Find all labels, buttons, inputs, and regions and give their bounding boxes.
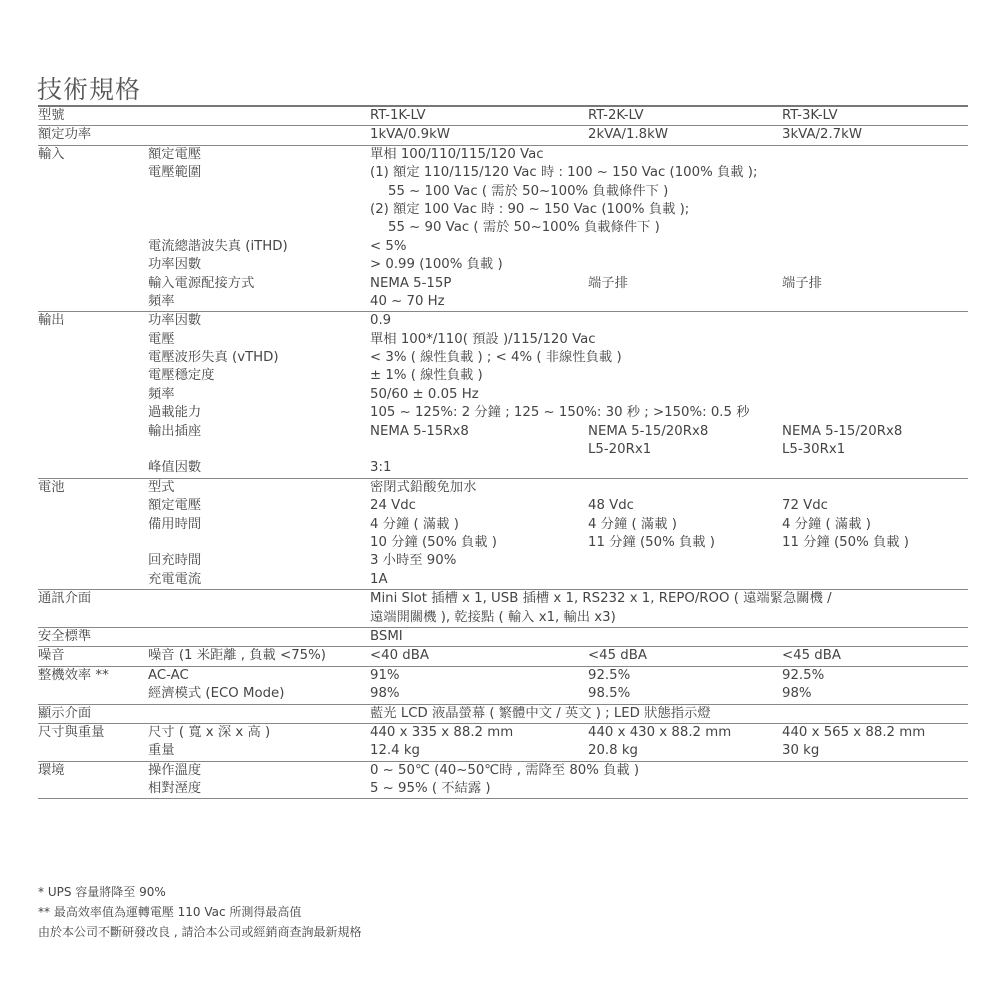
label-overload: 過載能力 (148, 404, 201, 422)
model-2: RT-2K-LV (588, 107, 644, 125)
label-battery-type: 型式 (148, 479, 175, 497)
label-input-rated-voltage: 額定電壓 (148, 146, 201, 164)
label-input-connection: 輸入電源配接方式 (148, 275, 254, 293)
voltage-range-line: (2) 額定 100 Vac 時 : 90 ~ 150 Vac (100% 負載… (370, 201, 689, 219)
label-regulation: 電壓穩定度 (148, 367, 214, 385)
label-battery: 電池 (38, 479, 65, 497)
label-recharge-time: 回充時間 (148, 552, 201, 570)
eco-2: 98.5% (588, 685, 630, 703)
label-environment: 環境 (38, 762, 65, 780)
humidity-value: 5 ~ 95% ( 不結露 ) (370, 780, 491, 798)
temperature-value: 0 ~ 50℃ (40~50℃時 , 需降至 80% 負載 ) (370, 762, 639, 780)
recharge-time-value: 3 小時至 90% (370, 552, 456, 570)
label-vthd: 電壓波形失真 (vTHD) (148, 349, 279, 367)
label-output-voltage: 電壓 (148, 331, 175, 349)
weight-1: 12.4 kg (370, 742, 420, 760)
section-communication: 通訊介面 Mini Slot 插槽 x 1, USB 插槽 x 1, RS232… (38, 589, 968, 627)
noise-2: <45 dBA (588, 647, 647, 665)
section-rated-power: 額定功率 1kVA/0.9kW 2kVA/1.8kW 3kVA/2.7kW (38, 125, 968, 144)
receptacle-3: NEMA 5-15/20Rx8 (782, 423, 902, 441)
label-output-frequency: 頻率 (148, 386, 175, 404)
input-connection-3: 端子排 (782, 275, 822, 293)
rated-power-2: 2kVA/1.8kW (588, 126, 668, 144)
communication-line: Mini Slot 插槽 x 1, USB 插槽 x 1, RS232 x 1,… (370, 590, 832, 608)
label-humidity: 相對溼度 (148, 780, 201, 798)
input-rated-voltage: 單相 100/110/115/120 Vac (370, 146, 544, 164)
section-noise: 噪音 噪音 (1 米距離 , 負載 <75%) <40 dBA <45 dBA … (38, 646, 968, 665)
table-bottom-rule (38, 798, 968, 799)
label-noise-condition: 噪音 (1 米距離 , 負載 <75%) (148, 647, 326, 665)
section-environment: 環境 操作溫度 0 ~ 50℃ (40~50℃時 , 需降至 80% 負載 ) … (38, 761, 968, 799)
receptacle-2-extra: L5-20Rx1 (588, 441, 651, 459)
ithd-value: < 5% (370, 238, 406, 256)
label-weight: 重量 (148, 742, 175, 760)
rated-power-1: 1kVA/0.9kW (370, 126, 450, 144)
receptacle-2: NEMA 5-15/20Rx8 (588, 423, 708, 441)
section-model: 型號 RT-1K-LV RT-2K-LV RT-3K-LV (38, 105, 968, 125)
label-input-frequency: 頻率 (148, 293, 175, 311)
battery-voltage-2: 48 Vdc (588, 497, 634, 515)
footnotes: * UPS 容量將降至 90% ** 最高效率值為運轉電壓 110 Vac 所測… (38, 882, 361, 942)
crest-factor-value: 3:1 (370, 459, 391, 477)
label-noise: 噪音 (38, 647, 65, 665)
footnote: 由於本公司不斷研發改良 , 請洽本公司或經銷商查詢最新規格 (38, 922, 361, 942)
ac-ac-3: 92.5% (782, 667, 824, 685)
label-ithd: 電流總諧波失真 (iTHD) (148, 238, 288, 256)
vthd-value: < 3% ( 線性負載 ) ; < 4% ( 非線性負載 ) (370, 349, 622, 367)
label-communication: 通訊介面 (38, 590, 91, 608)
receptacle-3-extra: L5-30Rx1 (782, 441, 845, 459)
battery-voltage-1: 24 Vdc (370, 497, 416, 515)
backup-half-1: 10 分鐘 (50% 負載 ) (370, 534, 497, 552)
output-frequency-value: 50/60 ± 0.05 Hz (370, 386, 479, 404)
footnote: * UPS 容量將降至 90% (38, 882, 361, 902)
backup-half-3: 11 分鐘 (50% 負載 ) (782, 534, 909, 552)
size-2: 440 x 430 x 88.2 mm (588, 724, 731, 742)
overload-value: 105 ~ 125%: 2 分鐘 ; 125 ~ 150%: 30 秒 ; >1… (370, 404, 750, 422)
label-display: 顯示介面 (38, 705, 91, 723)
eco-1: 98% (370, 685, 400, 703)
noise-1: <40 dBA (370, 647, 429, 665)
charge-current-value: 1A (370, 571, 388, 589)
label-ac-ac: AC-AC (148, 667, 189, 685)
model-3: RT-3K-LV (782, 107, 838, 125)
voltage-range-line: 55 ~ 90 Vac ( 需於 50~100% 負載條件下 ) (388, 219, 660, 237)
label-model: 型號 (38, 107, 65, 125)
label-safety: 安全標準 (38, 628, 91, 646)
page-title: 技術規格 (37, 70, 141, 106)
backup-half-2: 11 分鐘 (50% 負載 ) (588, 534, 715, 552)
section-output: 輸出 功率因數 0.9 電壓 單相 100*/110( 預設 )/115/120… (38, 311, 968, 478)
weight-3: 30 kg (782, 742, 819, 760)
size-1: 440 x 335 x 88.2 mm (370, 724, 513, 742)
label-battery-voltage: 額定電壓 (148, 497, 201, 515)
label-input: 輸入 (38, 146, 65, 164)
section-safety: 安全標準 BSMI (38, 627, 968, 646)
label-rated-power: 額定功率 (38, 126, 91, 144)
size-3: 440 x 565 x 88.2 mm (782, 724, 925, 742)
input-pf-value: > 0.99 (100% 負載 ) (370, 256, 503, 274)
label-output: 輸出 (38, 312, 65, 330)
input-connection-2: 端子排 (588, 275, 628, 293)
rated-power-3: 3kVA/2.7kW (782, 126, 862, 144)
label-size: 尺寸 ( 寬 x 深 x 高 ) (148, 724, 270, 742)
label-efficiency: 整機效率 ** (38, 667, 109, 685)
section-display: 顯示介面 藍光 LCD 液晶螢幕 ( 繁體中文 / 英文 ) ; LED 狀態指… (38, 704, 968, 723)
ac-ac-2: 92.5% (588, 667, 630, 685)
battery-type-value: 密閉式鉛酸免加水 (370, 479, 476, 497)
label-crest-factor: 峰值因數 (148, 459, 201, 477)
noise-3: <45 dBA (782, 647, 841, 665)
section-dimensions: 尺寸與重量 尺寸 ( 寬 x 深 x 高 ) 440 x 335 x 88.2 … (38, 723, 968, 761)
backup-full-3: 4 分鐘 ( 滿載 ) (782, 516, 871, 534)
label-dimensions: 尺寸與重量 (38, 724, 104, 742)
label-charge-current: 充電電流 (148, 571, 201, 589)
label-input-pf: 功率因數 (148, 256, 201, 274)
output-voltage-value: 單相 100*/110( 預設 )/115/120 Vac (370, 331, 596, 349)
voltage-range-line: (1) 額定 110/115/120 Vac 時 : 100 ~ 150 Vac… (370, 164, 757, 182)
output-pf-value: 0.9 (370, 312, 391, 330)
label-receptacles: 輸出插座 (148, 423, 201, 441)
eco-3: 98% (782, 685, 812, 703)
label-voltage-range: 電壓範圍 (148, 164, 201, 182)
backup-full-1: 4 分鐘 ( 滿載 ) (370, 516, 459, 534)
voltage-range-line: 55 ~ 100 Vac ( 需於 50~100% 負載條件下 ) (388, 183, 668, 201)
spec-table: 型號 RT-1K-LV RT-2K-LV RT-3K-LV 額定功率 1kVA/… (38, 105, 968, 799)
label-eco: 經濟模式 (ECO Mode) (148, 685, 284, 703)
battery-voltage-3: 72 Vdc (782, 497, 828, 515)
ac-ac-1: 91% (370, 667, 400, 685)
footnote: ** 最高效率值為運轉電壓 110 Vac 所測得最高值 (38, 902, 361, 922)
label-temperature: 操作溫度 (148, 762, 201, 780)
display-value: 藍光 LCD 液晶螢幕 ( 繁體中文 / 英文 ) ; LED 狀態指示燈 (370, 705, 711, 723)
section-input: 輸入 額定電壓 單相 100/110/115/120 Vac 電壓範圍 (1) … (38, 145, 968, 312)
receptacle-1: NEMA 5-15Rx8 (370, 423, 469, 441)
input-frequency-value: 40 ~ 70 Hz (370, 293, 445, 311)
input-connection-1: NEMA 5-15P (370, 275, 451, 293)
communication-line: 遠端開關機 ), 乾接點 ( 輸入 x1, 輸出 x3) (370, 609, 616, 627)
backup-full-2: 4 分鐘 ( 滿載 ) (588, 516, 677, 534)
label-output-pf: 功率因數 (148, 312, 201, 330)
safety-value: BSMI (370, 628, 403, 646)
regulation-value: ± 1% ( 線性負載 ) (370, 367, 483, 385)
label-backup-time: 備用時間 (148, 516, 201, 534)
model-1: RT-1K-LV (370, 107, 426, 125)
section-efficiency: 整機效率 ** AC-AC 91% 92.5% 92.5% 經濟模式 (ECO … (38, 666, 968, 704)
section-battery: 電池 型式 密閉式鉛酸免加水 額定電壓 24 Vdc 48 Vdc 72 Vdc… (38, 478, 968, 589)
weight-2: 20.8 kg (588, 742, 638, 760)
